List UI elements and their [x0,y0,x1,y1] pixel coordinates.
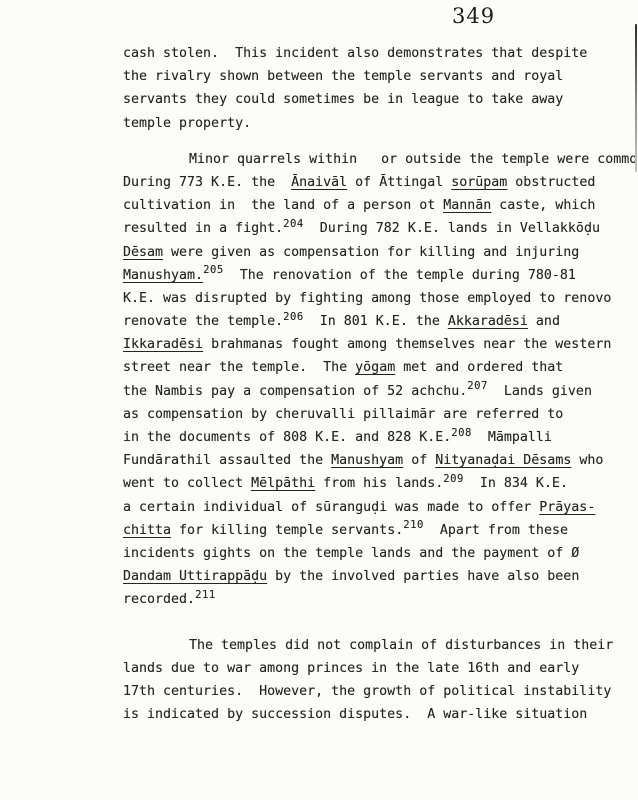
text-line: incidents gights on the temple lands and… [123,542,623,565]
underlined-term: Ānaivāl [291,175,347,190]
text-segment: recorded. [123,592,195,607]
text-line: went to collect Mēlpāthi from his lands.… [123,472,623,495]
text-segment: obstructed [507,175,595,190]
text-segment: brahmanas fought among themselves near t… [203,337,611,352]
underlined-term: Akkaradēsi [448,314,528,329]
text-segment: incidents gights on the temple lands and… [123,546,579,561]
text-line: Dandam Uttirappāḍu by the involved parti… [123,565,623,588]
text-segment: the Nambis pay a compensation of 52 achc… [123,384,467,399]
text-segment: The renovation of the temple during 780-… [224,268,576,283]
text-line: 17th centuries. However, the growth of p… [123,680,623,703]
text-line: the rivalry shown between the temple ser… [123,65,623,88]
text-segment: In 834 K.E. [464,476,568,491]
underlined-term: Nityanaḍai Dēsams [435,453,571,468]
text-segment: Minor quarrels within or outside the tem… [189,152,638,167]
underlined-term: sorūpam [451,175,507,190]
text-segment: 17th centuries. However, the growth of p… [123,684,611,699]
text-segment: Apart from these [424,523,568,538]
text-segment: who [571,453,603,468]
underlined-term: Manushyam. [123,268,203,283]
underlined-term: Dandam Uttirappāḍu [123,569,267,584]
text-line: in the documents of 808 K.E. and 828 K.E… [123,426,623,449]
underlined-term: Manushyam [331,453,403,468]
underlined-term: yōgam [355,360,395,375]
text-segment: During 782 K.E. lands in Vellakkōḍu [304,221,600,236]
text-segment: Lands given [488,384,592,399]
footnote-reference: 205 [203,264,224,276]
text-line: temple property. [123,112,623,135]
text-segment: street near the temple. The [123,360,355,375]
text-segment: cultivation in the land of a person ot [123,198,443,213]
scanned-page: 349 cash stolen. This incident also demo… [0,0,638,800]
text-line: K.E. was disrupted by fighting among tho… [123,287,623,310]
text-line: the Nambis pay a compensation of 52 achc… [123,380,623,403]
text-segment: of [403,453,435,468]
text-segment: is indicated by succession disputes. A w… [123,707,587,722]
text-segment: a certain individual of sūranguḍi was ma… [123,500,539,515]
underlined-term: Prāyas- [539,500,595,515]
text-segment: lands due to war among princes in the la… [123,661,579,676]
document-body: cash stolen. This incident also demonstr… [123,42,623,726]
paragraph: cash stolen. This incident also demonstr… [123,42,623,135]
text-line: Ikkaradēsi brahmanas fought among themse… [123,333,623,356]
scan-artifact-line [635,24,637,172]
text-segment: Māmpalli [472,430,552,445]
footnote-reference: 207 [467,380,488,392]
text-line: cash stolen. This incident also demonstr… [123,42,623,65]
text-segment: for killing temple servants. [171,523,403,538]
underlined-term: Mēlpāthi [251,476,315,491]
text-segment: servants they could sometimes be in leag… [123,92,563,107]
text-segment: renovate the temple. [123,314,283,329]
text-segment: as compensation by cheruvalli pillaimār … [123,407,563,422]
footnote-reference: 206 [283,311,304,323]
text-line: as compensation by cheruvalli pillaimār … [123,403,623,426]
text-line: renovate the temple.206 In 801 K.E. the … [123,310,623,333]
text-segment: K.E. was disrupted by fighting among tho… [123,291,611,306]
text-line: servants they could sometimes be in leag… [123,88,623,111]
text-segment: from his lands. [315,476,443,491]
text-line: During 773 K.E. the Ānaivāl of Āttingal … [123,171,623,194]
footnote-reference: 204 [283,218,304,230]
text-line: is indicated by succession disputes. A w… [123,703,623,726]
text-segment: The temples did not complain of disturba… [189,638,613,653]
text-line: Minor quarrels within or outside the tem… [123,148,623,171]
page-number: 349 [452,4,495,28]
text-segment: In 801 K.E. the [304,314,448,329]
text-segment: in the documents of 808 K.E. and 828 K.E… [123,430,451,445]
text-line: a certain individual of sūranguḍi was ma… [123,496,623,519]
underlined-term: Dēsam [123,245,163,260]
text-line: recorded.211 [123,588,623,611]
text-line: street near the temple. The yōgam met an… [123,356,623,379]
text-segment: met and ordered that [395,360,563,375]
underlined-term: Mannān [443,198,491,213]
footnote-reference: 211 [195,589,216,601]
text-segment: resulted in a fight. [123,221,283,236]
text-line: resulted in a fight.204 During 782 K.E. … [123,217,623,240]
footnote-reference: 209 [443,473,464,485]
text-line: lands due to war among princes in the la… [123,657,623,680]
text-line: chitta for killing temple servants.210 A… [123,519,623,542]
underlined-term: Ikkaradēsi [123,337,203,352]
text-segment: cash stolen. This incident also demonstr… [123,46,587,61]
text-segment: Fundārathil assaulted the [123,453,331,468]
text-line: Manushyam.205 The renovation of the temp… [123,264,623,287]
text-segment: caste, which [491,198,595,213]
footnote-reference: 208 [451,427,472,439]
text-segment: by the involved parties have also been [267,569,579,584]
paragraph: The temples did not complain of disturba… [123,634,623,727]
text-line: Dēsam were given as compensation for kil… [123,241,623,264]
footnote-reference: 210 [403,519,424,531]
text-segment: and [528,314,560,329]
underlined-term: chitta [123,523,171,538]
text-segment: temple property. [123,116,251,131]
text-segment: During 773 K.E. the [123,175,291,190]
text-segment: were given as compensation for killing a… [163,245,579,260]
text-line: Fundārathil assaulted the Manushyam of N… [123,449,623,472]
text-segment: the rivalry shown between the temple ser… [123,69,563,84]
text-line: cultivation in the land of a person ot M… [123,194,623,217]
text-line: The temples did not complain of disturba… [123,634,623,657]
text-segment: of Āttingal [347,175,451,190]
paragraph: Minor quarrels within or outside the tem… [123,148,623,612]
text-segment: went to collect [123,476,251,491]
